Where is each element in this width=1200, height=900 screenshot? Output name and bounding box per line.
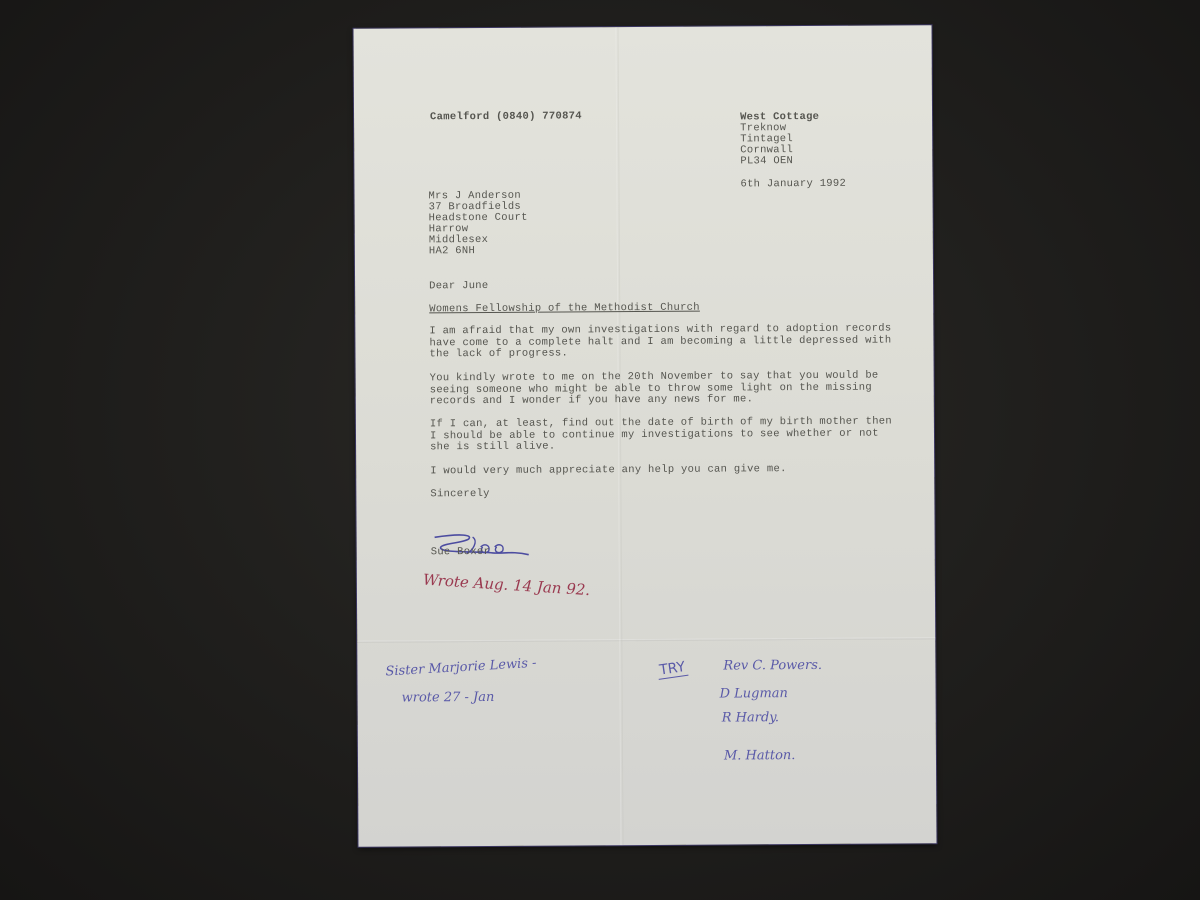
sender-phone: Camelford (0840) 770874	[430, 111, 582, 123]
fold-line-horizontal	[357, 637, 935, 643]
handwritten-left-note: Sister Marjorie Lewis - wrote 27 - Jan	[354, 25, 932, 29]
try-list-item: M. Hatton.	[724, 748, 796, 763]
sender-address-line: PL34 OEN	[740, 156, 793, 168]
handwritten-note-line: Sister Marjorie Lewis -	[385, 656, 537, 680]
closing: Sincerely	[430, 489, 489, 501]
signatory-name: Sue Boxer	[431, 547, 490, 559]
sender-address: West Cottage Treknow Tintagel Cornwall P…	[354, 25, 932, 29]
letter-paper: Camelford (0840) 770874 West Cottage Tre…	[354, 25, 937, 847]
recipient-address-line: HA2 6NH	[429, 246, 475, 258]
salutation: Dear June	[429, 281, 488, 293]
try-list-item: R Hardy.	[722, 710, 779, 725]
try-list-item: D Lugman	[720, 686, 788, 701]
try-label: TRY	[656, 659, 688, 680]
body-paragraph: I am afraid that my own investigations w…	[429, 323, 899, 360]
body-paragraph: You kindly wrote to me on the 20th Novem…	[430, 370, 900, 407]
body-paragraph: If I can, at least, find out the date of…	[430, 416, 900, 453]
handwritten-note-line: wrote 27 - Jan	[402, 690, 495, 706]
subject-line: Womens Fellowship of the Methodist Churc…	[429, 303, 700, 316]
try-list-item: Rev C. Powers.	[723, 658, 822, 674]
try-list: Rev C. Powers. D Lugman R Hardy. M. Hatt…	[354, 25, 932, 29]
recipient-address: Mrs J Anderson 37 Broadfields Headstone …	[354, 25, 932, 29]
letter-date: 6th January 1992	[740, 179, 846, 191]
body-paragraph: I would very much appreciate any help yo…	[430, 463, 900, 477]
